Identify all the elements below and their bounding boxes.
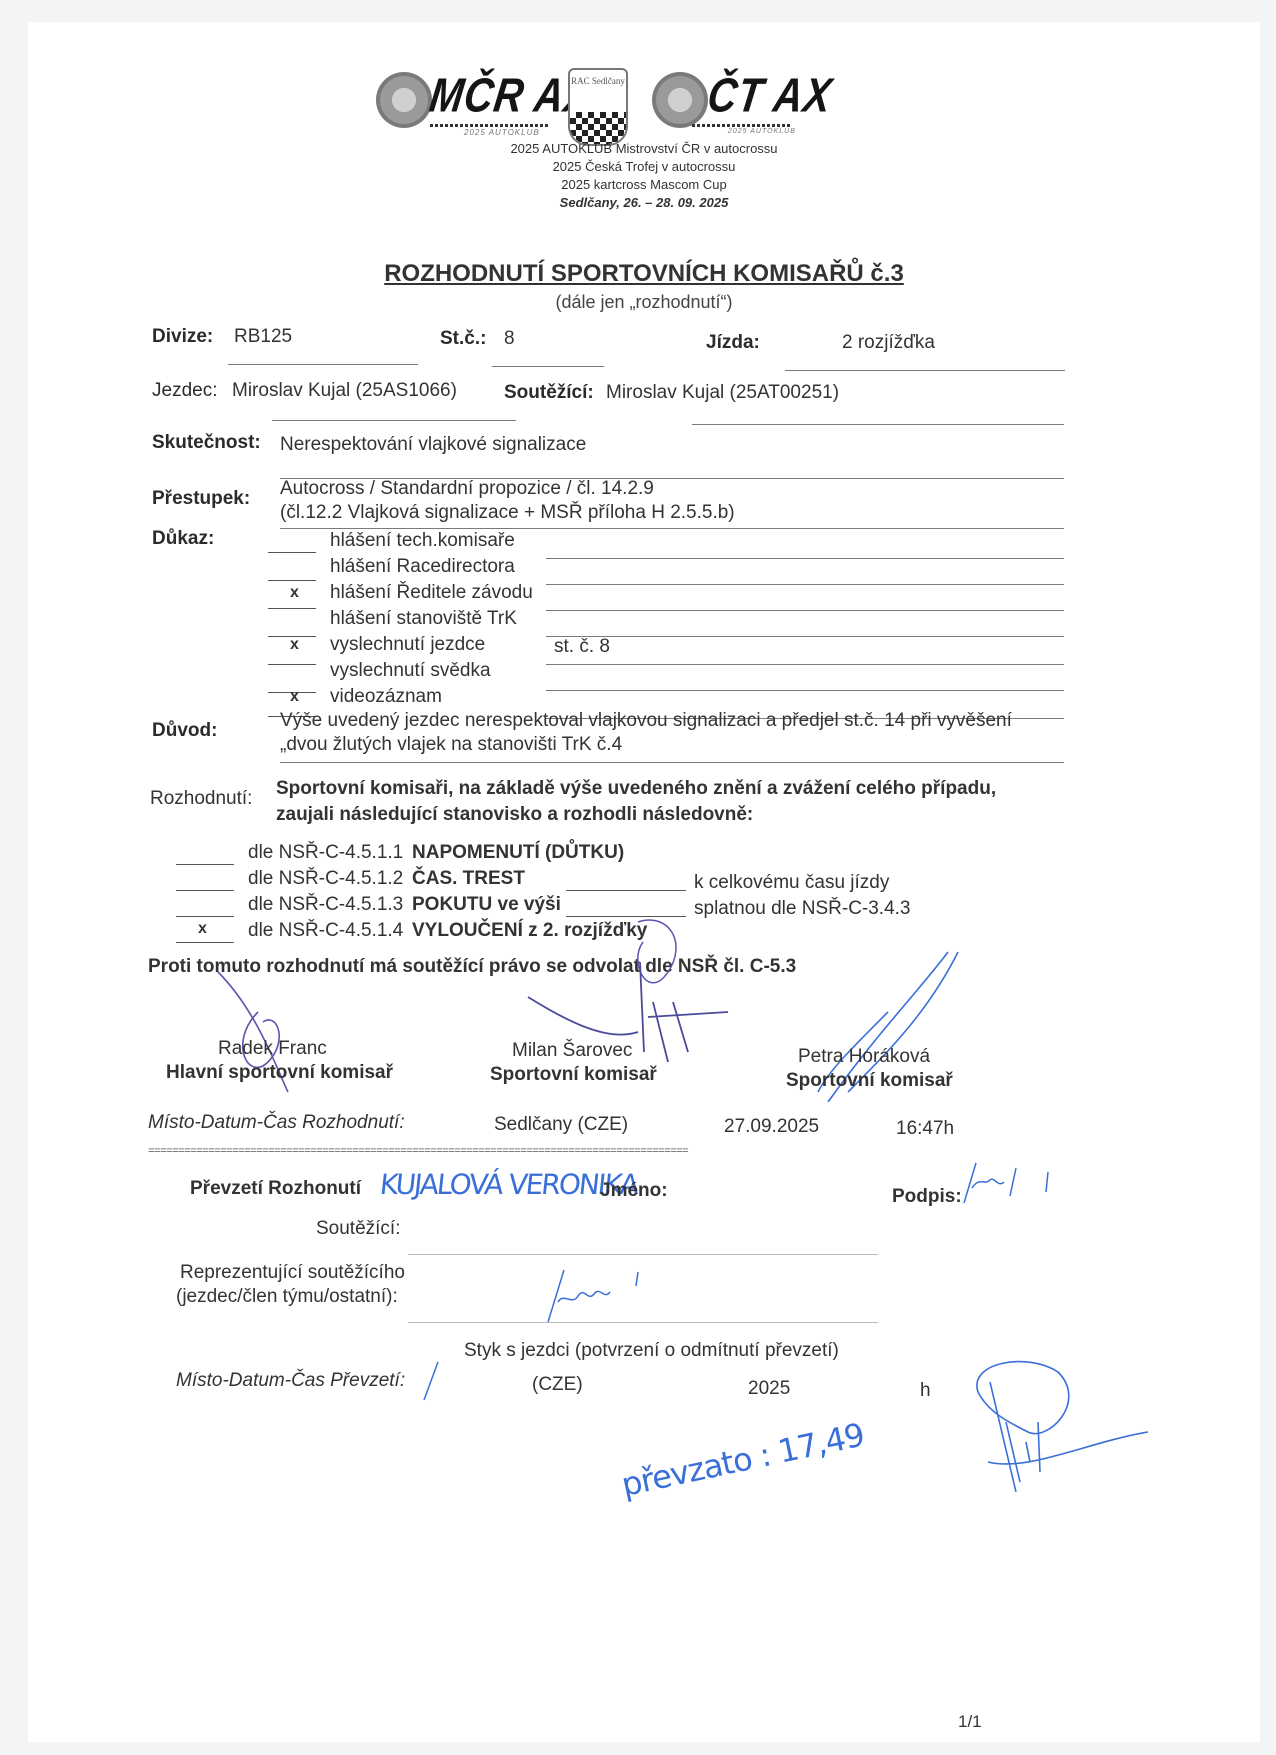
decision-line1: Sportovní komisaři, na základě výše uved…	[276, 778, 996, 800]
soutezici-value: Miroslav Kujal (25AT00251)	[606, 382, 839, 404]
receipt-hour-suffix: h	[920, 1380, 931, 1402]
evidence-check[interactable]: x	[290, 584, 299, 602]
reason-line2: „dvou žlutých vlajek na stanovišti TrK č…	[280, 734, 622, 756]
dukaz-label: Důkaz:	[152, 528, 214, 550]
evidence-label: hlášení Racedirectora	[330, 556, 515, 578]
penalty-suffix: k celkovému času jízdy	[694, 872, 889, 894]
rac-sedlcany-logo: RAC Sedlčany	[568, 68, 628, 146]
decision-label: Rozhodnutí:	[150, 788, 252, 810]
divize-value: RB125	[234, 326, 292, 348]
event-line: 2025 kartcross Mascom Cup	[28, 176, 1260, 194]
reason-line1: Výše uvedený jezdec nerespektoval vlajko…	[280, 710, 1012, 732]
receipt-place-label: Místo-Datum-Čas Převzetí:	[176, 1370, 405, 1392]
handwritten-received-note: převzato : 17,49	[618, 1416, 867, 1504]
evidence-label: vyslechnutí jezdce	[330, 634, 485, 656]
contact-note: Styk s jezdci (potvrzení o odmítnutí pře…	[464, 1340, 839, 1362]
event-place-date: Sedlčany, 26. – 28. 09. 2025	[28, 194, 1260, 212]
receipt-place: (CZE)	[532, 1374, 583, 1396]
steward-role: Sportovní komisař	[490, 1064, 657, 1086]
decision-place: Sedlčany (CZE)	[494, 1114, 628, 1136]
soutezici-label: Soutěžící:	[504, 382, 594, 404]
event-line: 2025 Česká Trofej v autocrossu	[28, 158, 1260, 176]
ct-ax-subtext: 2025 AUTOKLUB	[728, 128, 796, 135]
competitor-label: Soutěžící:	[316, 1218, 401, 1240]
pen-stroke-icon	[418, 1356, 448, 1406]
time-penalty-blank[interactable]	[566, 890, 686, 891]
jizda-label: Jízda:	[706, 332, 760, 354]
steward-name: Milan Šarovec	[512, 1040, 632, 1062]
prestupek-line1: Autocross / Standardní propozice / čl. 1…	[280, 478, 654, 500]
document-page: MČR AX 2025 AUTOKLUB RAC Sedlčany ČT AX …	[28, 22, 1260, 1742]
stc-label: St.č.:	[440, 328, 486, 350]
evidence-label: hlášení stanoviště TrK	[330, 608, 517, 630]
logo-stripe	[692, 124, 792, 127]
event-line: 2025 AUTOKLUB Mistrovství ČR v autocross…	[28, 140, 1260, 158]
autoklub-emblem-icon	[376, 72, 432, 128]
prestupek-line2: (čl.12.2 Vlajková signalizace + MSŘ příl…	[280, 502, 735, 524]
penalty-rule: dle NSŘ-C-4.5.1.2	[248, 868, 403, 890]
decision-place-label: Místo-Datum-Čas Rozhodnutí:	[148, 1112, 405, 1134]
ct-ax-logo: ČT AX	[704, 70, 835, 124]
name-label: Jméno:	[600, 1180, 668, 1202]
steward-name: Radek Franc	[218, 1038, 327, 1060]
representative-label-1: Reprezentující soutěžícího	[180, 1262, 405, 1284]
page-subtitle: (dále jen „rozhodnutí“)	[28, 292, 1260, 313]
steward-role: Sportovní komisař	[786, 1070, 953, 1092]
logo-stripe	[430, 124, 548, 127]
decision-date: 27.09.2025	[724, 1116, 819, 1138]
steward-role: Hlavní sportovní komisař	[166, 1062, 393, 1084]
event-info: 2025 AUTOKLUB Mistrovství ČR v autocross…	[28, 140, 1260, 212]
prestupek-label: Přestupek:	[152, 488, 250, 510]
reason-label: Důvod:	[152, 720, 217, 742]
mcr-ax-subtext: 2025 AUTOKLUB	[464, 128, 540, 137]
divize-label: Divize:	[152, 326, 213, 348]
rac-logo-text: RAC Sedlčany	[570, 70, 626, 86]
penalty-rule: dle NSŘ-C-4.5.1.1	[248, 842, 403, 864]
penalty-text: NAPOMENUTÍ (DŮTKU)	[412, 842, 624, 864]
recipient-signature-icon	[954, 1158, 1054, 1208]
page-number: 1/1	[958, 1712, 982, 1732]
penalty-text: ČAS. TREST	[412, 868, 525, 890]
stc-value: 8	[504, 328, 515, 350]
skutecnost-value: Nerespektování vlajkové signalizace	[280, 434, 586, 456]
jezdec-label: Jezdec:	[152, 380, 217, 402]
jezdec-value: Miroslav Kujal (25AS1066)	[232, 380, 457, 402]
evidence-label: hlášení Ředitele závodu	[330, 582, 533, 604]
page-title: ROZHODNUTÍ SPORTOVNÍCH KOMISAŘŮ č.3	[28, 260, 1260, 288]
jizda-value: 2 rozjížďka	[842, 332, 935, 354]
evidence-note: st. č. 8	[554, 636, 610, 658]
representative-label-2: (jezdec/člen týmu/ostatní):	[176, 1286, 398, 1308]
separator: ========================================…	[148, 1146, 1060, 1158]
receipt-title: Převzetí Rozhonutí	[190, 1178, 361, 1200]
evidence-label: hlášení tech.komisaře	[330, 530, 515, 552]
decision-line2: zaujali následující stanovisko a rozhodl…	[276, 804, 753, 826]
evidence-check[interactable]: x	[290, 636, 299, 654]
evidence-check[interactable]: x	[290, 688, 299, 706]
evidence-label: vyslechnutí svědka	[330, 660, 491, 682]
official-signature-icon	[948, 1352, 1168, 1502]
receipt-year: 2025	[748, 1378, 790, 1400]
decision-time: 16:47h	[896, 1118, 954, 1140]
skutecnost-label: Skutečnost:	[152, 432, 261, 454]
steward-name: Petra Horáková	[798, 1046, 930, 1068]
autoklub-emblem-icon	[652, 72, 708, 128]
evidence-label: videozáznam	[330, 686, 442, 708]
signature-label: Podpis:	[892, 1186, 962, 1208]
